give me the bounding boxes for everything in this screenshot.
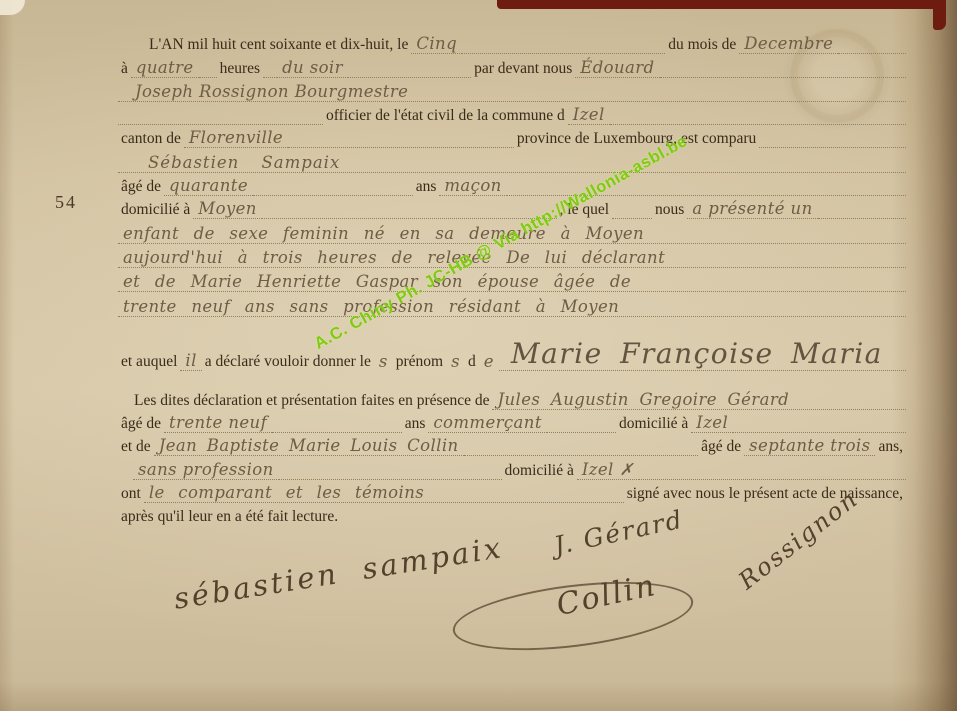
handwritten-canton: Florenville — [184, 128, 288, 148]
blank-rule — [464, 441, 699, 456]
form-line-8: domicilié à Moyen , le quel nous a prése… — [118, 196, 906, 219]
indent — [118, 40, 146, 54]
blank-rule — [818, 204, 906, 219]
printed-text: L'AN mil huit cent soixante et dix-huit,… — [146, 36, 411, 54]
form-line-19: après qu'il leur en a été fait lecture. — [118, 503, 906, 526]
printed-text: province de Luxembourg, est comparu — [514, 130, 759, 148]
page-left-edge-shadow — [0, 0, 14, 711]
handwritten-pronoun: il — [180, 351, 201, 371]
handwritten-hour: quatre — [131, 58, 199, 78]
handwritten-witness1-name: Jules Augustin Gregoire Gérard — [492, 390, 906, 410]
top-cover-strip — [497, 0, 940, 9]
printed-text: heures — [217, 60, 263, 78]
handwritten-birth-time: aujourd'hui à trois heures de relevée De… — [118, 248, 906, 267]
blank-rule — [279, 465, 502, 480]
blank-rule — [348, 63, 471, 78]
printed-text: après qu'il leur en a été fait lecture. — [118, 508, 341, 526]
form-line-2: à quatre heures du soir par devant nous … — [118, 54, 906, 77]
printed-text: nous — [652, 201, 687, 219]
blank-rule — [288, 133, 514, 148]
handwritten-plural-s: s — [446, 352, 465, 371]
handwritten-mother-name: et de Marie Henriette Gaspar son épouse … — [118, 272, 906, 291]
handwritten-officer-firstname: Édouard — [575, 58, 659, 78]
printed-text: ans — [413, 178, 440, 196]
blank-rule — [118, 110, 323, 125]
printed-text: par devant nous — [471, 60, 575, 78]
form-line-13: et auquel il a déclaré vouloir donner le… — [118, 335, 906, 371]
act-number: 54 — [55, 192, 77, 213]
blank-rule — [263, 63, 277, 78]
indent — [118, 396, 131, 410]
blank-rule — [660, 63, 906, 78]
handwritten-witness2-name: Jean Baptiste Marie Louis Collin — [154, 436, 464, 456]
handwritten-signatories: le comparant et les témoins — [144, 483, 624, 503]
printed-text: du mois de — [665, 36, 739, 54]
handwritten-witness1-age: trente neuf — [164, 413, 272, 433]
blank-rule — [639, 465, 906, 480]
indent — [118, 466, 133, 480]
printed-text: âgé de — [698, 438, 744, 456]
printed-text: signé avec nous le présent acte de naiss… — [624, 485, 906, 503]
form-line-1: L'AN mil huit cent soixante et dix-huit,… — [118, 31, 906, 54]
form-line-4: officier de l'état civil de la commune d… — [118, 102, 906, 125]
handwritten-witness2-residence: Izel ✗ — [577, 460, 639, 480]
printed-text: ans, — [875, 438, 906, 456]
form-line-11: et de Marie Henriette Gaspar son épouse … — [118, 268, 906, 292]
printed-text: domicilié à — [616, 415, 691, 433]
printed-text: prénom — [393, 353, 446, 371]
scanned-birth-certificate: 54 L'AN mil huit cent soixante et dix-hu… — [0, 0, 957, 711]
printed-text: âgé de — [118, 415, 164, 433]
printed-text: et de — [118, 438, 154, 456]
form-line-7: âgé de quarante ans maçon — [118, 173, 906, 196]
printed-text: a déclaré vouloir donner le — [202, 353, 374, 371]
handwritten-officer-name: Joseph Rossignon Bourgmestre — [130, 82, 413, 101]
form-line-5: canton de Florenville province de Luxemb… — [118, 125, 906, 148]
printed-text: et auquel — [118, 353, 180, 371]
handwritten-witness1-profession: commerçant — [428, 413, 546, 433]
signature-sampaix: sébastien sampaix — [171, 530, 505, 616]
top-right-cover-mark — [933, 0, 946, 30]
blank-rule — [610, 110, 906, 125]
form-line-6: Sébastien Sampaix — [118, 148, 906, 172]
blank-rule — [462, 39, 665, 54]
indent — [118, 87, 130, 101]
printed-text: à — [118, 60, 131, 78]
form-line-18: ont le comparant et les témoins signé av… — [118, 480, 906, 503]
printed-text: ans — [402, 415, 429, 433]
printed-text: Les dites déclaration et présentation fa… — [131, 392, 492, 410]
handwritten-profession: maçon — [439, 176, 506, 196]
printed-text: âgé de — [118, 178, 164, 196]
handwritten-residence: Moyen — [193, 199, 262, 219]
handwritten-presentation: a présenté un — [687, 199, 817, 219]
form-line-16: et de Jean Baptiste Marie Louis Collin â… — [118, 433, 906, 456]
blank-rule — [507, 181, 906, 196]
blank-rule — [612, 204, 652, 219]
handwritten-declarant-name: Sébastien Sampaix — [143, 153, 345, 172]
handwritten-letter-e: e — [479, 352, 499, 371]
form-line-14: Les dites déclaration et présentation fa… — [118, 387, 906, 410]
blank-rule — [253, 181, 413, 196]
handwritten-child-name: Marie Françoise Maria — [499, 337, 906, 371]
handwritten-witness2-profession: sans profession — [133, 460, 279, 480]
form-line-3: Joseph Rossignon Bourgmestre — [118, 78, 906, 102]
indent — [118, 158, 143, 172]
form-line-17: sans profession domicilié à Izel ✗ — [118, 456, 906, 479]
form-line-15: âgé de trente neuf ans commerçant domici… — [118, 410, 906, 433]
handwritten-day: Cinq — [411, 34, 462, 54]
handwritten-plural-s: s — [374, 352, 393, 371]
handwritten-witness1-residence: Izel — [691, 413, 733, 433]
form-body: L'AN mil huit cent soixante et dix-huit,… — [118, 31, 906, 526]
printed-text: ont — [118, 485, 144, 503]
blank-rule — [262, 204, 557, 219]
top-left-corner-gap — [0, 0, 25, 15]
blank-rule — [838, 39, 906, 54]
handwritten-mother-details: trente neuf ans sans profession résidant… — [118, 297, 906, 316]
printed-text: canton de — [118, 130, 184, 148]
page-bottom-shadow — [0, 681, 957, 711]
handwritten-time-of-day: du soir — [277, 58, 348, 78]
handwritten-commune: Izel — [568, 105, 610, 125]
printed-text: d — [465, 353, 479, 371]
blank-rule — [547, 418, 616, 433]
handwritten-witness2-age: septante trois — [744, 436, 875, 456]
blank-rule — [759, 133, 906, 148]
handwritten-month: Decembre — [739, 34, 838, 54]
printed-text: domicilié à — [118, 201, 193, 219]
form-line-12: trente neuf ans sans profession résidant… — [118, 292, 906, 316]
printed-text: domicilié à — [502, 462, 577, 480]
blank-rule — [733, 418, 906, 433]
handwritten-age: quarante — [164, 176, 253, 196]
blank-rule — [199, 63, 217, 78]
blank-rule — [272, 418, 402, 433]
printed-text: officier de l'état civil de la commune d — [323, 107, 568, 125]
